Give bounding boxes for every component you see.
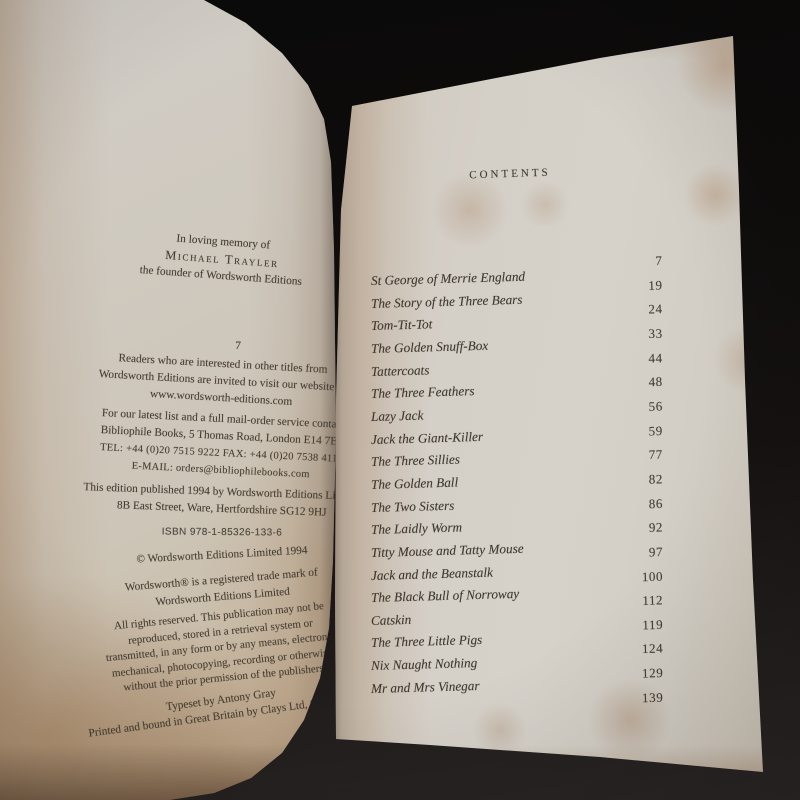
toc-entry-title: The Golden Snuff-Box xyxy=(371,338,489,357)
toc-entry-page-number: 86 xyxy=(649,495,664,511)
edition-block: This edition published 1994 by Wordswort… xyxy=(71,479,372,523)
toc-entry-title: St George of Merrie England xyxy=(371,269,525,289)
toc-entry-page-number: 77 xyxy=(648,447,663,463)
toc-entry-title: Catskin xyxy=(371,612,412,629)
toc-entry-title: Tattercoats xyxy=(371,362,430,380)
right-page: CONTENTS St George of Merrie England7The… xyxy=(330,30,766,780)
toc-entry-title: The Golden Ball xyxy=(371,474,459,492)
toc-row: The Two Sisters86 xyxy=(371,491,663,515)
mail-order-block: For our latest list and a full mail-orde… xyxy=(71,404,374,487)
toc-row: Mr and Mrs Vinegar139 xyxy=(371,673,663,697)
toc-row: Titty Mouse and Tatty Mouse97 xyxy=(371,537,663,561)
toc-entry-page-number: 139 xyxy=(642,689,664,706)
toc-row: Tom-Tit-Tot24 xyxy=(371,310,663,334)
left-page: In loving memory of Michael Trayler the … xyxy=(0,0,336,800)
toc-row: Jack the Giant-Killer59 xyxy=(371,423,663,447)
toc-row: Nix Naught Nothing129 xyxy=(371,650,663,674)
toc-entry-title: The Three Little Pigs xyxy=(371,632,483,651)
toc-row: St George of Merrie England7 xyxy=(371,265,663,289)
toc-row: The Three Feathers48 xyxy=(371,378,663,402)
toc-row: The Golden Snuff-Box33 xyxy=(371,333,663,357)
toc-row: The Three Sillies77 xyxy=(371,446,663,470)
toc-entry-title: The Two Sisters xyxy=(371,497,455,515)
toc-entry-title: The Three Feathers xyxy=(371,383,475,402)
toc-entry-page-number: 92 xyxy=(649,520,664,536)
toc-entry-page-number: 7 xyxy=(655,253,663,269)
toc-row: Catskin119 xyxy=(371,605,663,629)
toc-entry-title: Nix Naught Nothing xyxy=(371,655,478,674)
toc-entry-page-number: 97 xyxy=(649,544,664,560)
toc-entry-page-number: 48 xyxy=(648,374,663,390)
toc-entry-title: The Laidly Worm xyxy=(371,520,463,539)
toc-entry-page-number: 44 xyxy=(648,350,663,366)
toc-row: The Golden Ball82 xyxy=(371,469,663,493)
contents-heading: CONTENTS xyxy=(360,163,660,185)
toc-row: Tattercoats44 xyxy=(371,355,663,379)
toc-entry-page-number: 33 xyxy=(648,326,663,342)
dedication-block: In loving memory of Michael Trayler the … xyxy=(71,223,374,296)
toc-entry-page-number: 19 xyxy=(648,277,663,293)
toc-entry-title: Lazy Jack xyxy=(371,407,424,424)
toc-entry-title: Tom-Tit-Tot xyxy=(371,317,433,335)
toc-entry-title: Jack and the Beanstalk xyxy=(371,564,493,583)
toc-entry-page-number: 24 xyxy=(648,301,663,317)
toc-entry-title: The Three Sillies xyxy=(371,452,460,470)
toc-row: The Laidly Worm92 xyxy=(371,514,663,538)
toc-entry-title: The Black Bull of Norroway xyxy=(371,586,520,606)
toc-entry-title: Mr and Mrs Vinegar xyxy=(371,678,480,697)
toc-entry-title: Titty Mouse and Tatty Mouse xyxy=(371,541,524,561)
toc-entry-title: The Story of the Three Bears xyxy=(371,291,523,311)
toc-row: Lazy Jack56 xyxy=(371,401,663,425)
toc-row: The Story of the Three Bears19 xyxy=(371,287,663,311)
toc-entry-page-number: 59 xyxy=(648,423,663,439)
toc-entry-page-number: 82 xyxy=(649,471,664,487)
toc-row: The Black Bull of Norroway112 xyxy=(371,582,663,606)
toc-row: The Three Little Pigs124 xyxy=(371,627,663,651)
toc-entry-title: Jack the Giant-Killer xyxy=(371,428,483,447)
toc-row: Jack and the Beanstalk100 xyxy=(371,559,663,583)
isbn-line: ISBN 978-1-85326-133-6 xyxy=(72,523,372,543)
book-photo: In loving memory of Michael Trayler the … xyxy=(0,0,800,800)
toc-entry-page-number: 56 xyxy=(648,398,663,414)
